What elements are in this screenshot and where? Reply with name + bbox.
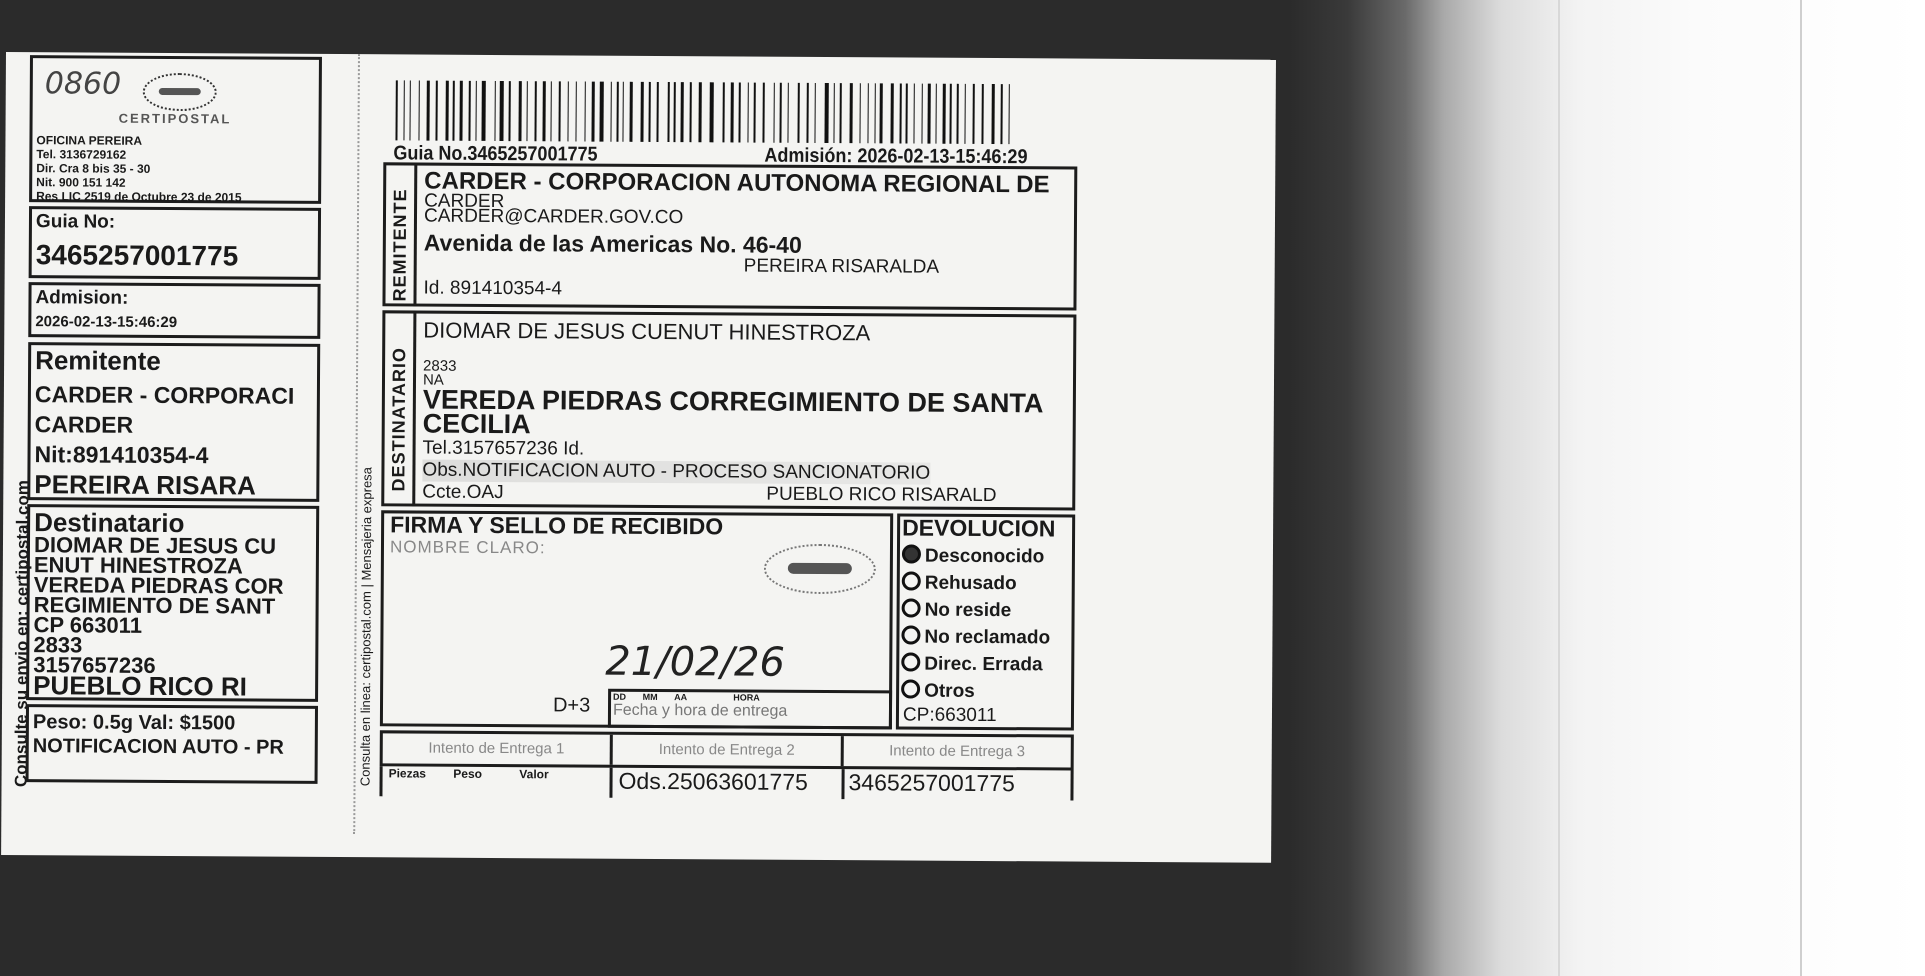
bottom-row: Piezas Peso Valor Ods.25063601775 346525… — [379, 766, 1073, 800]
radio-icon[interactable] — [902, 598, 921, 617]
destinatario-section: DESTINATARIO DIOMAR DE JESUS CUENUT HINE… — [381, 310, 1076, 510]
office-name: OFICINA PEREIRA — [36, 133, 242, 148]
remitente-label: Remitente — [35, 345, 161, 377]
handwritten-note: 0860 — [45, 66, 122, 101]
admision-value: 2026-02-13-15:46:29 — [35, 313, 177, 331]
office-nit: Nit. 900 151 142 — [36, 175, 242, 190]
destinatario-box: Destinatario DIOMAR DE JESUS CU ENUT HIN… — [26, 504, 319, 702]
admision-box: Admision: 2026-02-13-15:46:29 — [28, 282, 320, 339]
bottom-guia-number: 3465257001775 — [848, 769, 1014, 797]
firma-section: FIRMA Y SELLO DE RECIBIDO NOMBRE CLARO: … — [380, 510, 893, 729]
peso-value: Peso: 0.5g Val: $1500 — [33, 711, 235, 735]
admision-label: Admision: — [35, 287, 128, 310]
remitente-line: Nit:891410354-4 — [34, 439, 294, 471]
devolucion-option-label: No reside — [925, 600, 1012, 622]
certipostal-logo-icon — [143, 73, 217, 111]
devolucion-option[interactable]: No reside — [902, 596, 1051, 624]
devolucion-option[interactable]: Otros — [901, 677, 1050, 705]
destinatario-line: PUEBLO RICO RI — [33, 675, 283, 697]
devolucion-title: DEVOLUCION — [902, 514, 1056, 542]
fecha-entrega-caption: Fecha y hora de entrega — [613, 702, 787, 721]
nombre-claro-label: NOMBRE CLARO: — [390, 537, 546, 558]
aa-label: AA — [674, 692, 687, 702]
intentos-row: Intento de Entrega 1 Intento de Entrega … — [380, 730, 1074, 770]
devolucion-option[interactable]: Desconocido — [902, 542, 1051, 570]
radio-icon[interactable] — [901, 625, 920, 644]
remitente-box: Remitente CARDER - CORPORACI CARDER Nit:… — [27, 342, 320, 502]
devolucion-section: DEVOLUCION DesconocidoRehusadoNo resideN… — [896, 513, 1075, 730]
guia-box: Guia No: 3465257001775 — [29, 206, 321, 280]
checked-radio-icon[interactable] — [902, 544, 921, 563]
radio-icon[interactable] — [902, 571, 921, 590]
devolucion-option-label: Otros — [924, 681, 975, 702]
guia-value: 3465257001775 — [36, 239, 239, 272]
mm-label: MM — [643, 692, 658, 702]
remitente-email: CARDER@CARDER.GOV.CO — [424, 209, 683, 226]
ods-number: Ods.25063601775 — [618, 768, 807, 796]
devolucion-option-label: Direc. Errada — [924, 654, 1042, 676]
certipostal-stamp-icon — [764, 544, 876, 595]
dd-label: DD — [613, 692, 626, 702]
radio-icon[interactable] — [901, 652, 920, 671]
remitente-address: Avenida de las Americas No. 46-40 — [424, 230, 802, 259]
destinatario-city: PUEBLO RICO RISARALD — [766, 484, 996, 507]
devolucion-option-label: Rehusado — [925, 573, 1017, 595]
devolucion-option[interactable]: Rehusado — [902, 569, 1051, 597]
obs-value: NOTIFICACION AUTO - PR — [33, 735, 284, 760]
remitente-city: PEREIRA RISARALDA — [744, 256, 939, 279]
firma-title: FIRMA Y SELLO DE RECIBIDO — [390, 511, 723, 540]
remitente-line: CARDER — [35, 409, 295, 441]
barcode — [395, 80, 1018, 144]
remitente-vertical-label: REMITENTE — [389, 188, 411, 301]
d-plus-label: D+3 — [553, 694, 590, 717]
office-res: Res LIC 2519 de Octubre 23 de 2015 — [36, 189, 242, 204]
peso-label: Peso — [453, 767, 482, 781]
destinatario-obs: Obs.NOTIFICACION AUTO - PROCESO SANCIONA… — [422, 460, 930, 485]
destinatario-tel: Tel.3157657236 Id. — [423, 438, 931, 463]
brand-name: CERTIPOSTAL — [119, 111, 232, 127]
devolucion-option[interactable]: No reclamado — [901, 623, 1050, 651]
guia-label: Guia No: — [36, 211, 115, 233]
radio-icon[interactable] — [901, 679, 920, 698]
postal-guide-document: Consulte su envio en: certipostal.com 08… — [1, 52, 1276, 863]
destinatario-vertical-label: DESTINATARIO — [388, 347, 410, 491]
remitente-id: Id. 891410354-4 — [423, 278, 562, 301]
handwritten-delivery-date: 21/02/26 — [605, 639, 785, 686]
destinatario-name: DIOMAR DE JESUS CUENUT HINESTROZA — [423, 318, 870, 347]
peso-box: Peso: 0.5g Val: $1500 NOTIFICACION AUTO … — [26, 704, 318, 784]
devolucion-cp: CP:663011 — [903, 704, 997, 727]
piezas-label: Piezas — [389, 766, 426, 780]
remitente-line: CARDER - CORPORACI — [35, 379, 295, 411]
devolucion-option-label: Desconocido — [925, 546, 1044, 568]
remitente-line: PEREIRA RISARA — [34, 469, 294, 501]
office-tel: Tel. 3136729162 — [36, 147, 242, 162]
office-dir: Dir. Cra 8 bis 35 - 30 — [36, 161, 242, 176]
main-vertical-text: Consulta en linea: certipostal.com | Men… — [358, 467, 375, 786]
fecha-entrega-box: DD MM AA HORA Fecha y hora de entrega — [608, 689, 892, 730]
office-box: 0860 CERTIPOSTAL OFICINA PEREIRA Tel. 31… — [29, 55, 322, 204]
intento-1: Intento de Entrega 1 — [383, 733, 614, 764]
devolucion-option[interactable]: Direc. Errada — [901, 650, 1050, 678]
intento-2: Intento de Entrega 2 — [613, 735, 844, 766]
intento-3: Intento de Entrega 3 — [843, 736, 1071, 767]
devolucion-option-label: No reclamado — [924, 627, 1050, 649]
valor-label: Valor — [519, 767, 548, 781]
remitente-section: REMITENTE CARDER - CORPORACION AUTONOMA … — [382, 162, 1077, 310]
hora-label: HORA — [733, 692, 760, 702]
